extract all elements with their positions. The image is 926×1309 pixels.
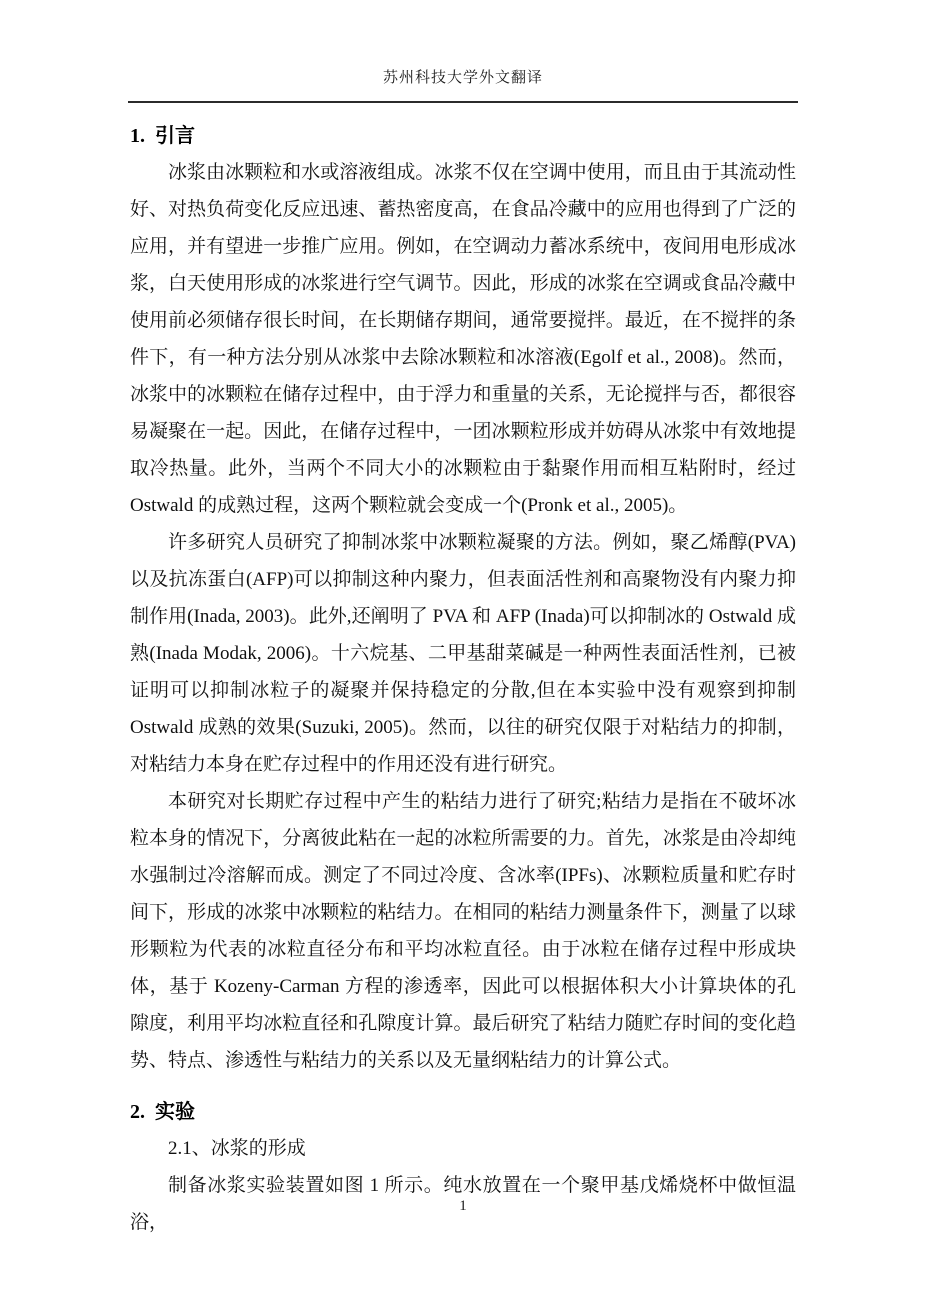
section-title: 引言 xyxy=(155,125,195,147)
intro-paragraph-1: 冰浆由冰颗粒和水或溶液组成。冰浆不仅在空调中使用，而且由于其流动性好、对热负荷变… xyxy=(130,154,796,524)
section-title: 实验 xyxy=(155,1101,195,1123)
document-page: 苏州科技大学外文翻译 1.引言 冰浆由冰颗粒和水或溶液组成。冰浆不仅在空调中使用… xyxy=(0,0,926,1309)
section-heading-introduction: 1.引言 xyxy=(130,119,796,148)
section-heading-experiment: 2.实验 xyxy=(130,1095,796,1124)
intro-paragraph-2: 许多研究人员研究了抑制冰浆中冰颗粒凝聚的方法。例如，聚乙烯醇(PVA)以及抗冻蛋… xyxy=(130,524,796,783)
header-divider xyxy=(128,101,798,103)
section-number: 2. xyxy=(130,1101,145,1123)
subsection-heading-ice-slurry-formation: 2.1、冰浆的形成 xyxy=(130,1130,796,1167)
intro-paragraph-3: 本研究对长期贮存过程中产生的粘结力进行了研究;粘结力是指在不破坏冰粒本身的情况下… xyxy=(130,783,796,1079)
header-title: 苏州科技大学外文翻译 xyxy=(383,70,543,86)
page-footer: 1 xyxy=(0,1198,926,1215)
page-header: 苏州科技大学外文翻译 xyxy=(0,0,926,87)
page-number: 1 xyxy=(459,1198,467,1214)
document-body: 1.引言 冰浆由冰颗粒和水或溶液组成。冰浆不仅在空调中使用，而且由于其流动性好、… xyxy=(130,119,796,1241)
section-number: 1. xyxy=(130,125,145,147)
